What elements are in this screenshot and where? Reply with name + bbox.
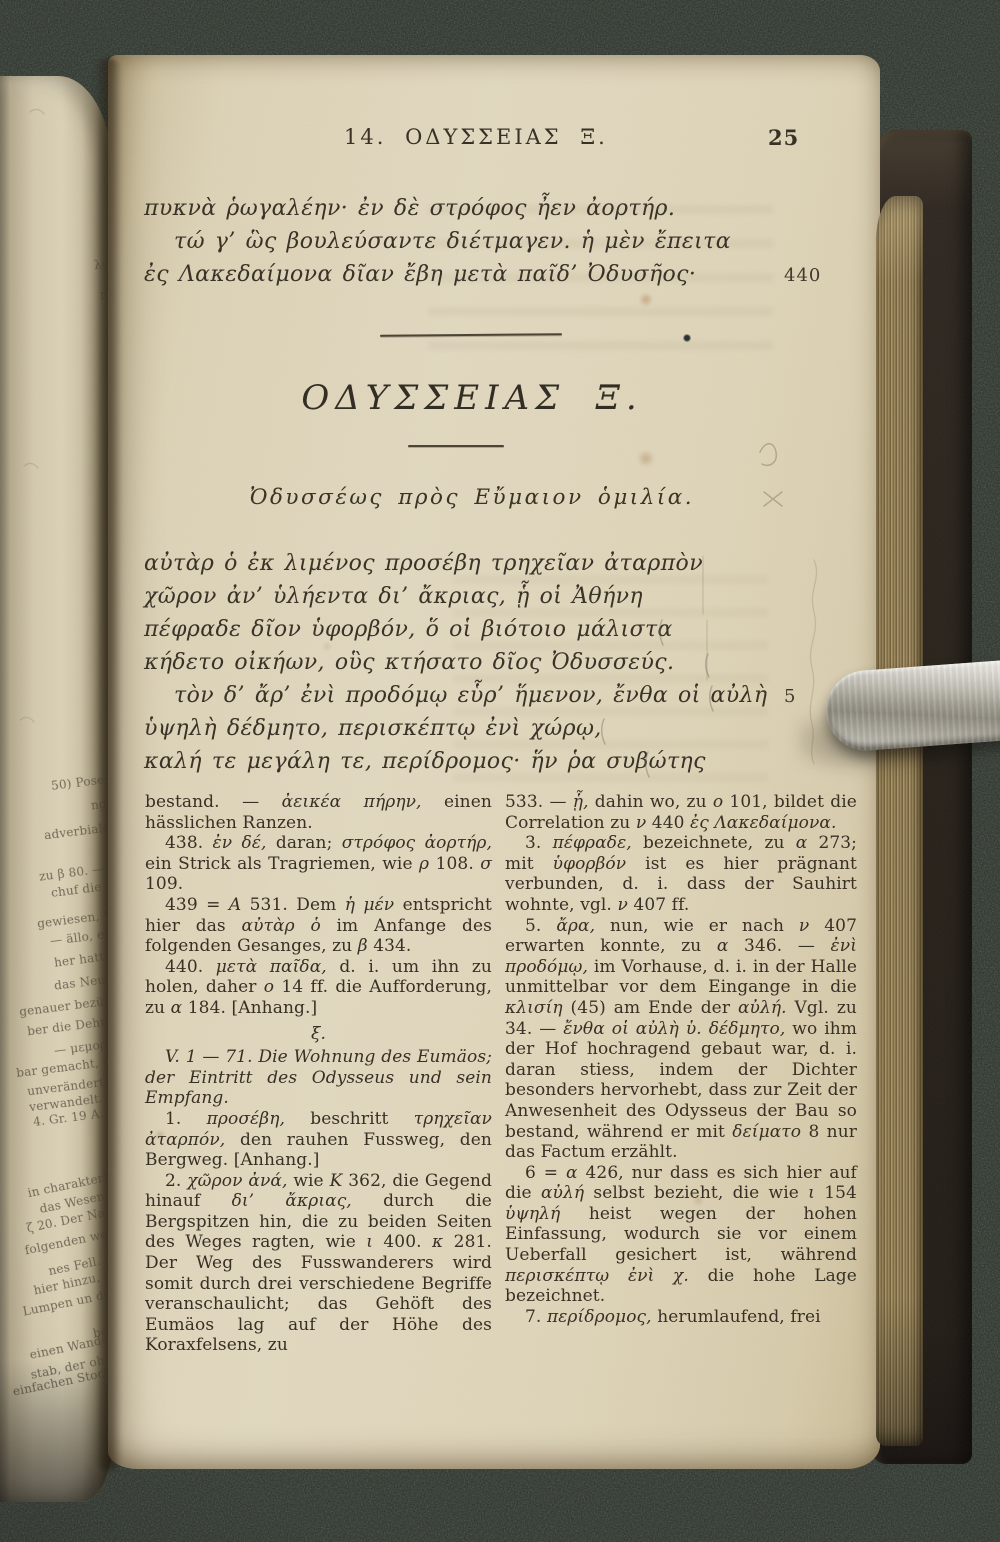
- metal-page-clip: [824, 660, 1000, 753]
- prev-page-text-fragment: in charakterist: [27, 1169, 112, 1200]
- prev-page-text-fragment: 4. Gr. 19 A. 1: [33, 1106, 112, 1129]
- show-through-ghost: [428, 205, 773, 355]
- prev-page-text-fragment: stab, der ohne: [29, 1351, 112, 1382]
- section-divider-rule: [380, 333, 562, 337]
- prev-page-text-fragment: chuf die H: [50, 879, 112, 900]
- commentary-column-left: bestand. — ἀεικέα πήρην, einen hässliche…: [145, 792, 492, 1356]
- prev-page-text-fragment: — μεμορφ: [54, 1037, 112, 1057]
- verse-text: τὸν δ’ ἄρ’ ἐνὶ προδόμῳ εὗρ’ ἥμενον, ἔνθα…: [144, 683, 768, 708]
- book-cover-edge: [872, 130, 972, 1464]
- book-fore-edge: [876, 196, 923, 1446]
- book-title: ΟΔΥΣΣΕΙΑΣ Ξ.: [172, 378, 772, 418]
- page-number: 25: [768, 125, 799, 150]
- prev-page-text-fragment: das Wesen st: [38, 1187, 112, 1216]
- verse-text: τώ γ’ ὣς βουλεύσαντε διέτμαγεν. ἡ μὲν ἔπ…: [144, 229, 731, 254]
- commentary-paragraph: 438. ἐν δέ, daran; στρόφος ἀορτήρ, ein S…: [145, 833, 492, 895]
- verse-text: κήδετο οἰκήων, οὓς κτήσατο δῖος Ὀδυσσεύς…: [144, 650, 674, 675]
- prev-page-text-fragment: ben.: [92, 1322, 112, 1340]
- verse-text: ὑψηλὴ δέδμητο, περισκέπτῳ ἐνὶ χώρῳ,: [144, 716, 602, 741]
- commentary-paragraph: bestand. — ἀεικέα πήρην, einen hässliche…: [145, 792, 492, 833]
- prev-page-text-fragment: hier hinzu, da: [33, 1267, 112, 1297]
- foxing-stain: [692, 1195, 705, 1206]
- prev-page-text-fragment: genauer bezügl: [18, 994, 112, 1019]
- prev-page-text-fragment: einfachen Stocke: [12, 1364, 112, 1398]
- book-subtitle: Ὀδυσσέως πρὸς Εὔμαιον ὁμιλία.: [172, 485, 772, 510]
- commentary-paragraph: 5. ἄρα, nun, wie er nach ν 407 erwarten …: [505, 916, 857, 1163]
- verse-line: πυκνὰ ῥωγαλέην· ἐν δὲ στρόφος ἦεν ἀορτήρ…: [144, 196, 844, 229]
- prev-page-text-fragment: λος: [93, 257, 112, 273]
- prev-page-text-fragment: ng.]: [91, 797, 112, 813]
- photo-vignette: [0, 0, 1000, 1542]
- title-divider-rule: [408, 445, 504, 447]
- commentary-paragraph: V. 1 — 71. Die Wohnung des Eumäos; der E…: [145, 1047, 492, 1109]
- prev-page-text-fragment: gewiesen, W: [36, 908, 112, 931]
- prev-page-text-fragment: her hatte.: [54, 949, 112, 969]
- prev-page-text-fragment: verwandelt. Z: [29, 1091, 112, 1114]
- verse-line: πέφραδε δῖον ὑφορβόν, ὅ οἱ βιότοιο μάλισ…: [144, 617, 844, 650]
- prev-page-text-fragment: ber die Dehnu: [26, 1015, 112, 1039]
- commentary-paragraph: 440. μετὰ παῖδα, d. i. um ihn zu holen, …: [145, 957, 492, 1019]
- prev-page-text-fragment: — ällo, ein: [49, 927, 112, 948]
- verse-text: ἐς Λακεδαίμονα δῖαν ἔβη μετὰ παῖδ’ Ὀδυσῆ…: [144, 262, 696, 287]
- dark-background-texture: [0, 0, 1000, 1542]
- pencil-marginalia: [0, 0, 1000, 1542]
- prev-page-text-fragment: folgenden wein: [24, 1226, 112, 1258]
- gutter-shadow: [94, 58, 122, 1470]
- prev-page-text-fragment: adverbiales: [43, 821, 112, 843]
- prev-page-text-fragment: zu β 80. — δ: [39, 861, 112, 883]
- verse-line: ἐς Λακεδαίμονα δῖαν ἔβη μετὰ παῖδ’ Ὀδυσῆ…: [144, 262, 844, 295]
- prev-page-text-fragment: 50) Poseid: [50, 772, 112, 793]
- verse-text: καλή τε μεγάλη τε, περίδρομος· ἥν ῥα συβ…: [144, 749, 706, 774]
- prev-page-text-fragment: ζ 20. Der Nach: [25, 1204, 112, 1236]
- verse-line: αὐτὰρ ὁ ἐκ λιμένος προσέβη τρηχεῖαν ἀταρ…: [144, 551, 844, 584]
- verse-line: κήδετο οἰκήων, οὓς κτήσατο δῖος Ὀδυσσεύς…: [144, 650, 844, 683]
- commentary-paragraph: 6 = α 426, nur dass es sich hier auf die…: [505, 1163, 857, 1307]
- commentary-paragraph: 3. πέφραδε, bezeichnete, zu α 273; mit ὑ…: [505, 833, 857, 915]
- verse-text: πέφραδε δῖον ὑφορβόν, ὅ οἱ βιότοιο μάλισ…: [144, 617, 673, 642]
- foxing-stain: [638, 293, 654, 306]
- prev-page-text-fragment: bar gemacht, er: [15, 1055, 112, 1080]
- commentary-paragraph: 1. προσέβη, beschritt τρηχεῖαν ἀταρπόν, …: [145, 1109, 492, 1171]
- commentary-paragraph: ξ.: [145, 1024, 492, 1045]
- prev-page-text-fragment: nes Fell. Es: [47, 1251, 112, 1278]
- foxing-stain: [322, 642, 332, 651]
- commentary-paragraph: 439 = Α 531. Dem ἡ μέν entspricht hier d…: [145, 895, 492, 957]
- commentary-paragraph: 2. χῶρον ἀνά, wie Κ 362, die Gegend hina…: [145, 1171, 492, 1356]
- commentary-column-right: 533. — ᾗ, dahin wo, zu ο 101, bildet die…: [505, 792, 857, 1327]
- verse-line: τὸν δ’ ἄρ’ ἐνὶ προδόμῳ εὗρ’ ἥμενον, ἔνθα…: [144, 683, 844, 716]
- verse-line-number: 440: [784, 265, 821, 286]
- commentary-paragraph: 7. περίδρομος, herumlaufend, frei: [505, 1307, 857, 1328]
- foxing-stain: [154, 1130, 166, 1140]
- verse-line: τώ γ’ ὣς βουλεύσαντε διέτμαγεν. ἡ μὲν ἔπ…: [144, 229, 844, 262]
- verse-line: καλή τε μεγάλη τε, περίδρομος· ἥν ῥα συβ…: [144, 749, 844, 782]
- ink-dot: [683, 334, 691, 342]
- previous-page-edge: λοςm.ς,50) Poseidng.]adverbialeszu β 80.…: [0, 76, 112, 1502]
- prev-page-text-fragment: m.: [100, 287, 112, 302]
- foxing-stain: [636, 451, 656, 466]
- greek-verse-block-end-of-book-13: πυκνὰ ῥωγαλέην· ἐν δὲ στρόφος ἦεν ἀορτήρ…: [144, 196, 844, 295]
- verse-text: χῶρον ἀν’ ὑλήεντα δι’ ἄκριας, ᾗ οἱ Ἀθήνη: [144, 584, 643, 609]
- book-page: 14. ΟΔΥΣΣΕΙΑΣ Ξ. 25 πυκνὰ ῥωγαλέην· ἐν δ…: [108, 55, 880, 1469]
- prev-page-text-fragment: ς,: [104, 447, 112, 461]
- greek-verse-block-book-14: αὐτὰρ ὁ ἐκ λιμένος προσέβη τρηχεῖαν ἀταρ…: [144, 551, 844, 782]
- show-through-ghost: [453, 575, 768, 800]
- verse-text: αὐτὰρ ὁ ἐκ λιμένος προσέβη τρηχεῖαν ἀταρ…: [144, 551, 703, 576]
- running-title: 14. ΟΔΥΣΣΕΙΑΣ Ξ.: [344, 125, 608, 149]
- photo-grain-overlay: [0, 0, 1000, 1542]
- book-photo-scene: λοςm.ς,50) Poseidng.]adverbialeszu β 80.…: [0, 0, 1000, 1542]
- verse-line: ὑψηλὴ δέδμητο, περισκέπτῳ ἐνὶ χώρῳ,: [144, 716, 844, 749]
- prev-page-text-fragment: unverändert b: [26, 1075, 112, 1099]
- verse-line: χῶρον ἀν’ ὑλήεντα δι’ ἄκριας, ᾗ οἱ Ἀθήνη: [144, 584, 844, 617]
- prev-page-text-fragment: einen Wander-: [29, 1331, 112, 1362]
- commentary-paragraph: 533. — ᾗ, dahin wo, zu ο 101, bildet die…: [505, 792, 857, 833]
- prev-page-text-fragment: Lumpen un den: [22, 1286, 112, 1318]
- clip-shadow: [796, 694, 1000, 781]
- verse-text: πυκνὰ ῥωγαλέην· ἐν δὲ στρόφος ἦεν ἀορτήρ…: [144, 196, 675, 221]
- prev-page-text-fragment: das Neutr: [53, 972, 112, 993]
- running-header: 14. ΟΔΥΣΣΕΙΑΣ Ξ. 25: [108, 125, 880, 155]
- verse-line-number: 5: [784, 686, 796, 707]
